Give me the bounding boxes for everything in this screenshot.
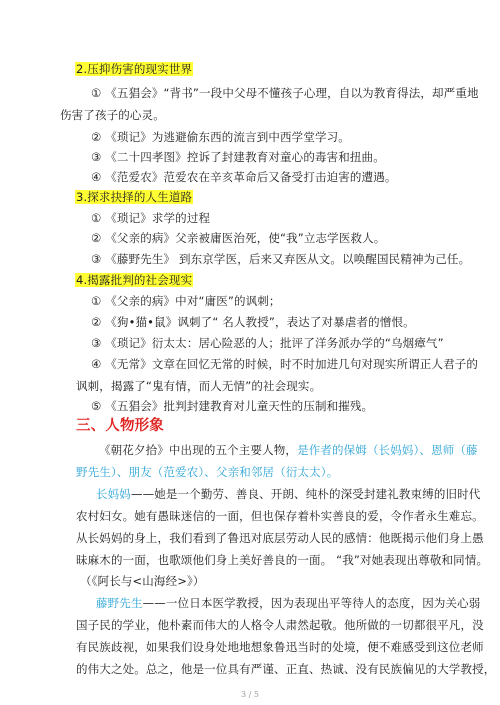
paragraph: ③ 《藤野先生》 到东京学医，后来又弃医从文。以唤醒国民精神为己任。 xyxy=(91,252,470,266)
intro-paragraph: 《朝花夕拾》中出现的五个主要人物，是作者的保姆（长妈妈）、恩师（藤 xyxy=(99,443,478,457)
paragraph: ① 《五猖会》“背书”一段中父母不懂孩子心理，自以为教育得法，却严重地 xyxy=(91,86,479,100)
paragraph: ④ 《无常》文章在回忆无常的时候，时不时加进几句对现实所谓正人君子的 xyxy=(91,357,478,371)
paragraph: 有民族歧视，如果我们设身处地地想象鲁迅当时的处境，便不难感受到这位老师 xyxy=(76,640,484,654)
paragraph: 农村妇女。她有愚昧迷信的一面，但也保存着朴实善良的爱，令作者永生难忘。 xyxy=(76,509,484,523)
paragraph: 伤害了孩子的心灵。 xyxy=(60,108,165,122)
page-number: 3 / 5 xyxy=(0,690,500,699)
paragraph: 国子民的学业，他朴素而伟大的人格令人肃然起敬。他所做的一切都很平凡，没 xyxy=(76,618,484,632)
character-tengye: 藤野先生——一位日本医学教授，因为表现出平等待人的态度，因为关心弱 xyxy=(96,596,480,610)
intro-paragraph: 野先生）、朋友（范爱农）、父亲和邻居（衍太太）。 xyxy=(76,465,338,479)
paragraph: （《阿长与<山海经>》） xyxy=(80,574,205,588)
paragraph: ② 《父亲的病》父亲被庸医治死，使“我”立志学医救人。 xyxy=(91,231,385,245)
paragraph: 从长妈妈的身上，我们看到了鲁迅对底层劳动人民的感情：他既揭示他们身上愚 xyxy=(76,531,484,545)
section-heading-2: 2.压抑伤害的现实世界 xyxy=(75,62,193,76)
paragraph: ① 《父亲的病》中对“庸医”的讽刺； xyxy=(91,294,281,308)
paragraph: ② 《琐记》为逃避偷东西的流言到中西学堂学习。 xyxy=(91,130,350,144)
paragraph: 的伟大之处。总之，他是一位具有严谨、正直、热诚、没有民族偏见的大学教授， xyxy=(76,662,495,676)
paragraph: ④ 《范爱农》范爱农在辛亥革命后又备受打击迫害的遭遇。 xyxy=(91,170,397,184)
paragraph: 昧麻木的一面，也歌颂他们身上美好善良的一面。 “我”对她表现出尊敬和同情。 xyxy=(76,553,488,567)
section-heading-4: 4.揭露批判的社会现实 xyxy=(75,273,193,287)
paragraph: ③ 《琐记》衍太太：居心险恶的人；批评了洋务派办学的“乌烟瘴气” xyxy=(91,336,444,350)
paragraph: 讽刺，揭露了“鬼有情，而人无情”的社会现实。 xyxy=(76,379,321,393)
paragraph: ③ 《二十四孝图》控诉了封建教育对童心的毒害和扭曲。 xyxy=(91,150,385,164)
paragraph: ⑤ 《五猖会》批判封建教育对儿童天性的压制和摧残。 xyxy=(91,399,373,413)
section-heading-3: 3.探求抉择的人生道路 xyxy=(75,190,193,204)
character-changmama: 长妈妈——她是一个勤劳、善良、开朗、纯朴的深受封建礼教束缚的旧时代 xyxy=(96,487,480,501)
section-title-characters: 三、人物形象 xyxy=(76,419,164,433)
paragraph: ② 《狗•猫•鼠》讽刺了“ 名人教授”，表达了对暴虐者的憎恨。 xyxy=(91,315,415,329)
paragraph: ① 《琐记》求学的过程 xyxy=(91,211,210,225)
document-page: 2.压抑伤害的现实世界 ① 《五猖会》“背书”一段中父母不懂孩子心理，自以为教育… xyxy=(0,0,500,705)
